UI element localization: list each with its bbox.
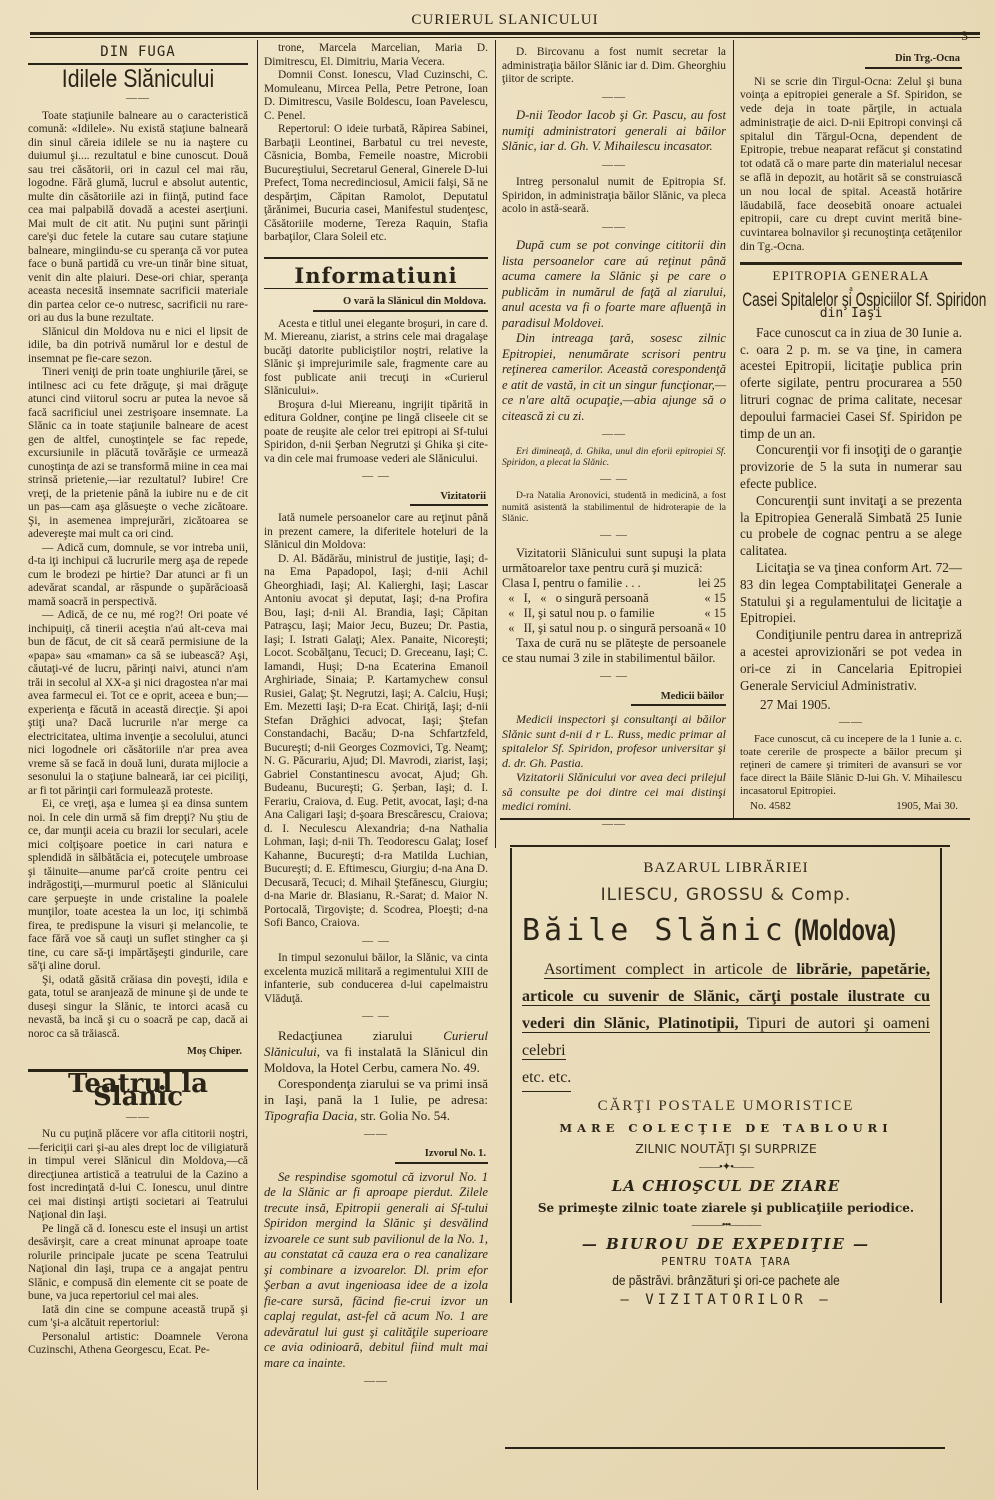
separator: —— [502, 91, 726, 105]
ad-line: CĂRŢI POSTALE UMORISTICE [522, 1098, 930, 1115]
item-title: O vară la Slănicul din Moldova. [264, 295, 488, 312]
paragraph: Licitaţia se va ţinea conform Art. 72—83… [740, 560, 962, 627]
separator: — — [502, 473, 726, 487]
ad-location: Băile Slănic (Moldova) [522, 913, 930, 948]
article-headline: Idilele Slănicului [45, 73, 232, 87]
separator: — — [264, 935, 488, 949]
ad-line: LA CHIOŞCUL DE ZIARE [522, 1177, 930, 1195]
page-number: 3 [962, 28, 969, 44]
spring-item: Se respindise sgomotul că izvorul No. 1 … [264, 1170, 488, 1372]
rule [500, 818, 970, 820]
column-4: Din Trg.-Ocna Ni se scrie din Tirgul-Ocn… [740, 46, 962, 814]
item-body: Acesta e titlul unei elegante broşuri, i… [264, 318, 488, 467]
masthead-rule-thin [30, 37, 980, 38]
separator: — — [502, 529, 726, 543]
paragraph: Medicii inspectori şi consultanţi ai băi… [502, 712, 726, 770]
paragraph: Personalul artistic: Doamnele Verona Cuz… [28, 1331, 248, 1358]
item-title: Izvorul No. 1. [264, 1147, 488, 1164]
paragraph: — Adică cum, domnule, se vor intreba uni… [28, 542, 248, 610]
rule [264, 257, 488, 259]
paragraph: Domnii Const. Ionescu, Vlad Cuzinschi, C… [264, 69, 488, 123]
notice2-body: Face cunoscut, că cu incepere de la 1 Iu… [740, 733, 962, 798]
paragraph: Iată din cine se compune această trupă ş… [28, 1304, 248, 1331]
paragraph: Slănicul din Moldova nu e nici el lipsit… [28, 326, 248, 367]
masthead-rule [30, 32, 980, 35]
news-item: Eri dimineaţă, d. Ghika, unul din eforii… [502, 446, 726, 469]
fees-intro: Vizitatorii Slănicului sunt supuşi la pl… [502, 546, 726, 576]
kicker: DIN FUGA [28, 46, 248, 60]
visitors-list: D. Al. Bădărău, ministrul de justiţie, I… [264, 553, 488, 931]
paragraph: Din intreaga ţară, sosesc zilnic Epitrop… [502, 331, 726, 424]
paragraph: Broşura d-lui Miereanu, ingrijit tipărit… [264, 399, 488, 467]
separator: — — [502, 670, 726, 684]
separator: —— [502, 428, 726, 442]
notice-body: Face cunoscut ca in ziua de 30 Iunie a. … [740, 325, 962, 695]
separator: —— [28, 1111, 248, 1125]
paragraph: Vizitatorii Slănicului vor avea deci pri… [502, 770, 726, 814]
news-item: D-nii Teodor Iacob şi Gr. Pascu, au fost… [502, 108, 726, 155]
ad-line: PENTRU TOATA ŢARA [522, 1255, 930, 1268]
paragraph: trone, Marcela Marcelian, Maria D. Dimit… [264, 42, 488, 69]
notice2-footer: No. 4582 1905, Mai 30. [740, 800, 962, 814]
paragraph: Nu cu puţină plăcere vor afla cititorii … [28, 1128, 248, 1223]
ad-line: de păstrăvi. brânzături şi ori-ce pachet… [553, 1272, 900, 1288]
ad-company: ILIESCU, GROSSU & Comp. [522, 885, 930, 905]
notice-institution: Casei Spitalelor şi Ospiciilor Sf. Spiri… [742, 294, 959, 308]
paragraph: Concurenţii sunt invitaţi a se prezenta … [740, 493, 962, 560]
theatre-continued: trone, Marcela Marcelian, Maria D. Dimit… [264, 42, 488, 245]
column-2: trone, Marcela Marcelian, Maria D. Dimit… [264, 42, 488, 1393]
separator: —— [502, 221, 726, 235]
separator: —— [502, 159, 726, 173]
separator: —— [264, 1375, 488, 1389]
column-divider [733, 40, 734, 818]
rule [510, 845, 950, 847]
separator: —— [28, 92, 248, 106]
fee-row: « II, şi satul nou p. o singură persoană… [502, 621, 726, 636]
paragraph: Şi, odată găsită crăiasa din poveşti, id… [28, 974, 248, 1042]
paragraph: — Adică, de ce nu, mé rog?! Ori poate vé… [28, 609, 248, 798]
news-item: Intreg personalul numit de Epitropia Sf.… [502, 176, 726, 217]
ad-body: Asortiment complect in articole de libră… [522, 956, 930, 1092]
music-item: In timpul sezonului băilor, la Slănic, v… [264, 952, 488, 1006]
ad-line: MARE COLECŢIE DE TABLOURI [522, 1121, 930, 1135]
column-1: DIN FUGA Idilele Slănicului —— Toate sta… [28, 42, 248, 1358]
fee-row: Clasa I, pentru o familie . . .lei 25 [502, 576, 726, 591]
paragraph: Condiţiunile pentru darea in antrepriză … [740, 627, 962, 694]
paragraph: Tineri veniţi de prin toate unghiurile ţ… [28, 366, 248, 542]
theatre-headline: Teatrul la Slanic [28, 1078, 248, 1105]
news-item: D. Bircovanu a fost numit secretar la ad… [502, 46, 726, 87]
paragraph: Concurenţii vor fi insoţiţi de o garanţi… [740, 442, 962, 492]
paragraph: Toate staţiunile balneare au o caracteri… [28, 110, 248, 326]
newspaper-title: CURIERUL SLANICULUI [30, 12, 980, 29]
fee-row: « II, şi satul nou p. o familie« 15 [502, 606, 726, 621]
notice-title: EPITROPIA GENERALA [740, 269, 962, 283]
paragraph: După cum se pot convinge cititorii din l… [502, 238, 726, 331]
ornament: ——•✦•—— [522, 1160, 930, 1173]
paragraph: Pe lingă că d. Ionescu este el insuşi un… [28, 1223, 248, 1304]
item-title: Medicii băilor [502, 690, 726, 707]
column-divider [495, 40, 496, 848]
paragraph: Repertorul: O ideie turbată, Răpirea Sab… [264, 123, 488, 245]
theatre-body: Nu cu puţină plăcere vor afla cititorii … [28, 1128, 248, 1358]
separator: — — [264, 470, 488, 484]
news-item: Ni se scrie din Tirgul-Ocna: Zelul şi bu… [740, 75, 962, 254]
ornament: ———•••——— [522, 1219, 930, 1231]
rule [740, 262, 962, 265]
ad-line: BAZARUL LIBRĂRIEI [522, 860, 930, 877]
advertisement: BAZARUL LIBRĂRIEI ILIESCU, GROSSU & Comp… [510, 848, 942, 1303]
ad-line: — VIZITATORILOR — [522, 1292, 930, 1308]
column-3: D. Bircovanu a fost numit secretar la ad… [502, 46, 726, 835]
separator: — — [264, 1010, 488, 1024]
fee-row: « I, « o singură persoană« 15 [502, 591, 726, 606]
section-headline: Informatiuni [264, 269, 488, 283]
rule [264, 288, 488, 289]
paragraph: Face cunoscut ca in ziua de 30 Iunie a. … [740, 325, 962, 443]
paragraph: Ei, ce vreţi, aşa e lumea şi ea dinsa su… [28, 798, 248, 974]
ad-line: — BIUROU DE EXPEDIŢIE — [522, 1235, 930, 1253]
paragraph: Acesta e titlul unei elegante broşuri, i… [264, 318, 488, 399]
news-item: După cum se pot convinge cititorii din l… [502, 238, 726, 424]
fees-table: Clasa I, pentru o familie . . .lei 25 « … [502, 576, 726, 636]
rule [505, 1447, 945, 1449]
item-title: Vizitatorii [264, 490, 488, 507]
article-body: Toate staţiunile balneare au o caracteri… [28, 110, 248, 1042]
masthead: CURIERUL SLANICULUI 3 [30, 10, 980, 40]
fees-note: Taxa de cură nu se plăteşte de persoanel… [502, 636, 726, 666]
ad-line: ZILNIC NOUTĂŢI ŞI SURPRIZE [522, 1141, 930, 1156]
news-item: D-ra Natalia Aronovici, studentă in medi… [502, 490, 726, 525]
ad-line: Se primeşte zilnic toate ziarele şi publ… [522, 1201, 930, 1215]
visitors-intro: Iată numele persoanelor care au reţinut … [264, 512, 488, 553]
item-title: Din Trg.-Ocna [740, 52, 962, 69]
notice-date: 27 Mai 1905. [760, 698, 962, 712]
separator: —— [740, 716, 962, 730]
column-divider [257, 40, 258, 1490]
correspondence-item: Corespondenţa ziarului se va primi insă … [264, 1076, 488, 1124]
author-signature: Moş Chiper. [28, 1045, 242, 1059]
editorial-item: Redacţiunea ziarului Curierul Slănicului… [264, 1028, 488, 1076]
doctors-item: Medicii inspectori şi consultanţi ai băi… [502, 712, 726, 814]
separator: —— [264, 1128, 488, 1142]
